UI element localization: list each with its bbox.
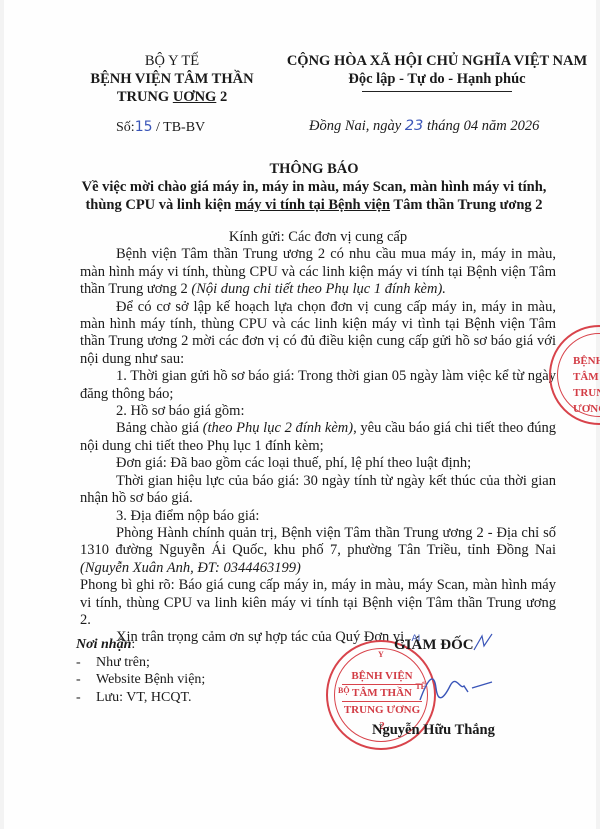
date-suffix: tháng 04 năm 2026 [423,118,539,134]
title-subtitle-line1: Về việc mời chào giá máy in, máy in màu,… [44,178,584,196]
item-1: 1. Thời gian gửi hồ sơ báo giá: Trong th… [80,368,556,403]
handwritten-signature-icon [414,668,494,708]
recipient-text: Lưu: VT, HCQT. [96,690,191,705]
national-header: CỘNG HÒA XÃ HỘI CHỦ NGHĨA VIỆT NAM Độc l… [272,52,600,92]
item2a-pre: Bảng chào giá [116,420,203,436]
item-2-unit-price: Đơn giá: Đã bao gồm các loại thuế, phí, … [80,455,556,472]
stamp-line: TRUNG ƯƠNG 2 [573,385,600,417]
recipients-block: Nơi nhận: -Như trên; -Website Bệnh viện;… [76,636,205,706]
envelope-note: Phong bì ghi rõ: Báo giá cung cấp máy in… [80,577,556,629]
p1-italic: (Nội dung chi tiết theo Phụ lục 1 đính k… [191,281,446,297]
item-2-validity: Thời gian hiệu lực của báo giá: 30 ngày … [80,473,556,508]
hospital-name-line2: TRUNG UƠNG 2 [72,88,272,106]
number-suffix: / TB-BV [153,120,206,135]
address-text: Phòng Hành chính quản trị, Bệnh viện Tâm… [80,525,556,558]
document-body: Kính gửi: Các đơn vị cung cấp Bệnh viện … [80,229,556,649]
hospital-line2-post: 2 [216,89,227,105]
item-2-quote-table: Bảng chào giá (theo Phụ lục 2 đính kèm),… [80,420,556,455]
subtitle-pre: thùng CPU và linh kiện [85,197,234,213]
greeting: Kính gửi: Các đơn vị cung cấp [80,229,556,246]
recipient-item: -Website Bệnh viện; [76,671,205,689]
item2a-italic: (theo Phụ lục 2 đính kèm) [203,420,353,436]
number-label: Số: [116,120,135,135]
document-page: BỘ Y TẾ BỆNH VIỆN TÂM THẦN TRUNG UƠNG 2 … [4,0,596,829]
motto-underline [362,91,512,92]
title-subtitle-line2: thùng CPU và linh kiện máy vi tính tại B… [44,196,584,214]
item-3-address: Phòng Hành chính quản trị, Bệnh viện Tâm… [80,525,556,577]
country-name: CỘNG HÒA XÃ HỘI CHỦ NGHĨA VIỆT NAM [272,52,600,70]
stamp-line: BỆNH VIỆN [573,353,600,369]
stamp-line: TÂM THẦN [573,369,600,385]
document-number: Số:15 / TB-BV [116,119,205,136]
stamp-side-top: Y [378,650,384,659]
handwritten-day: 23 [405,118,423,134]
hospital-line2-pre: TRUNG [117,89,173,105]
contact-italic: (Nguyễn Xuân Anh, ĐT: 0344463199) [80,560,301,576]
document-title: THÔNG BÁO Về việc mời chào giá máy in, m… [44,160,584,214]
partial-seal-stamp: BỆNH VIỆN TÂM THẦN TRUNG ƯƠNG 2 [549,325,600,425]
recipient-item: -Như trên; [76,654,205,672]
signer-name: Nguyễn Hữu Thắng [372,722,495,739]
subtitle-post: Tâm thần Trung ương 2 [390,197,543,213]
ministry-name: BỘ Y TẾ [72,52,272,70]
recipient-text: Như trên; [96,655,150,670]
stamp-line: BỆNH VIỆN [342,668,422,685]
recipients-label: Nơi nhận [76,637,131,652]
issuer-block: BỘ Y TẾ BỆNH VIỆN TÂM THẦN TRUNG UƠNG 2 [72,52,272,106]
item-2: 2. Hồ sơ báo giá gồm: [80,403,556,420]
paragraph-1: Bệnh viện Tâm thần Trung ương 2 có nhu c… [80,246,556,298]
date-prefix: Đồng Nai, ngày [309,118,405,134]
signature-initials-icon [472,632,494,652]
hospital-name-line1: BỆNH VIỆN TÂM THẦN [72,70,272,88]
hospital-line2-underlined: UƠNG [173,89,217,105]
paragraph-2: Để có cơ sở lập kế hoạch lựa chọn đơn vị… [80,299,556,369]
recipient-item: -Lưu: VT, HCQT. [76,689,205,707]
handwritten-number: 15 [135,119,153,135]
partial-stamp-text: BỆNH VIỆN TÂM THẦN TRUNG ƯƠNG 2 [573,353,600,417]
title-heading: THÔNG BÁO [44,160,584,178]
document-date: Đồng Nai, ngày 23 tháng 04 năm 2026 [309,118,539,135]
item-3: 3. Địa điểm nộp báo giá: [80,508,556,525]
recipient-text: Website Bệnh viện; [96,672,205,687]
signer-title: GIÁM ĐỐC [394,637,474,654]
stamp-line: TÂM THẦN [342,685,422,702]
national-motto: Độc lập - Tự do - Hạnh phúc [272,70,600,88]
subtitle-underlined: máy vi tính tại Bệnh viện [235,197,390,213]
